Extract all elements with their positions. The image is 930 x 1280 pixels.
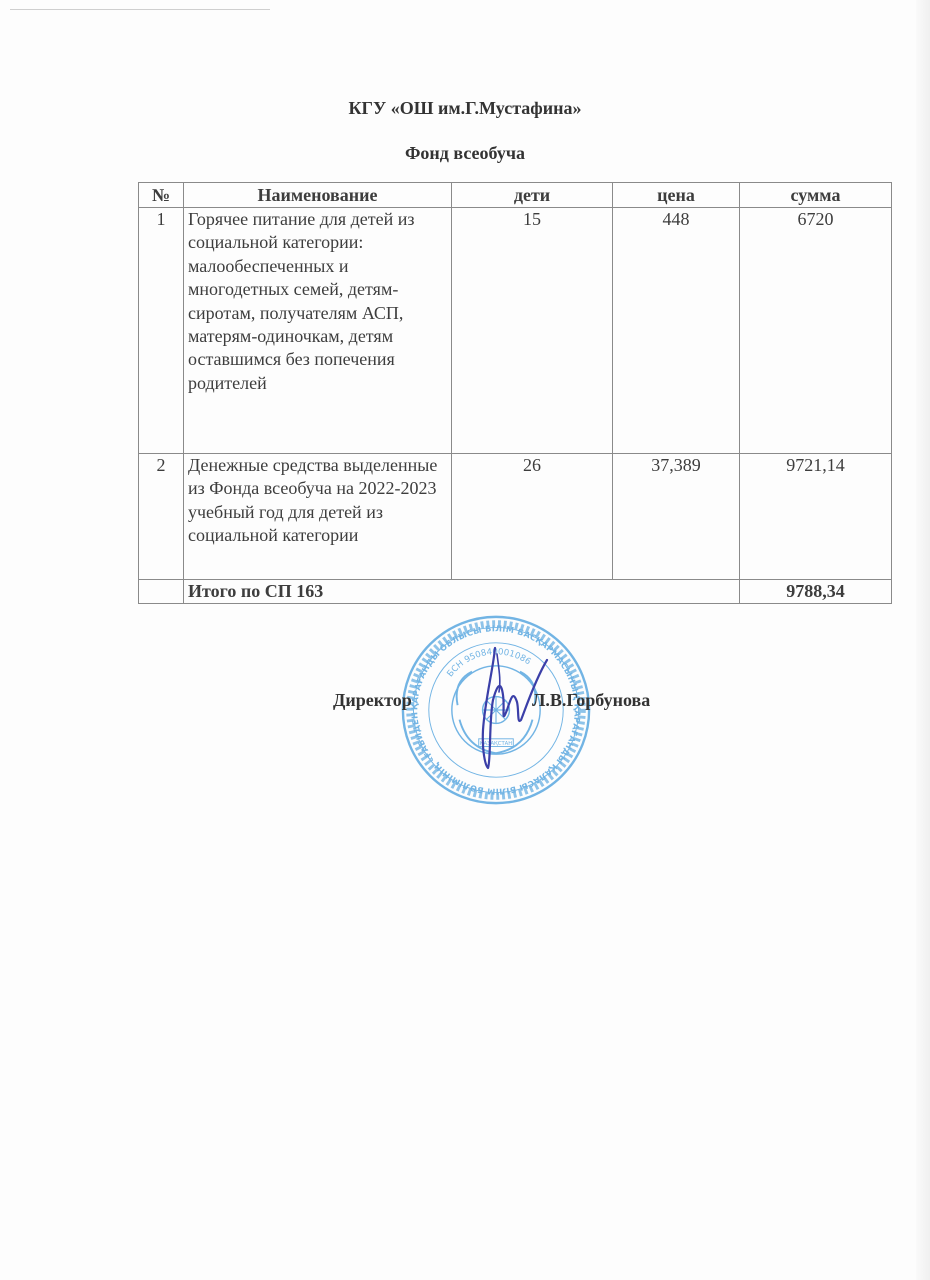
director-label: Директор bbox=[333, 690, 412, 711]
fund-table: № Наименование дети цена сумма 1 Горячее… bbox=[138, 182, 892, 604]
table-header-row: № Наименование дети цена сумма bbox=[139, 183, 892, 208]
column-header-number: № bbox=[139, 183, 184, 208]
total-sum: 9788,34 bbox=[740, 580, 892, 604]
organization-title: КГУ «ОШ им.Г.Мустафина» bbox=[0, 98, 930, 119]
column-header-name: Наименование bbox=[184, 183, 452, 208]
table-total-row: Итого по СП 163 9788,34 bbox=[139, 580, 892, 604]
cell-price: 37,389 bbox=[613, 454, 740, 580]
table-row: 1 Горячее питание для детей из социально… bbox=[139, 208, 892, 454]
cell-kids: 26 bbox=[452, 454, 613, 580]
cell-kids: 15 bbox=[452, 208, 613, 454]
cell-name: Денежные средства выделенные из Фонда вс… bbox=[184, 454, 452, 580]
cell-name: Горячее питание для детей из социальной … bbox=[184, 208, 452, 454]
scan-artifact-line bbox=[10, 9, 270, 10]
cell-price: 448 bbox=[613, 208, 740, 454]
column-header-sum: сумма bbox=[740, 183, 892, 208]
cell-sum: 9721,14 bbox=[740, 454, 892, 580]
cell-sum: 6720 bbox=[740, 208, 892, 454]
scan-edge bbox=[916, 0, 930, 1280]
document-title: Фонд всеобуча bbox=[0, 143, 930, 164]
cell-number: 1 bbox=[139, 208, 184, 454]
cell-number: 2 bbox=[139, 454, 184, 580]
column-header-price: цена bbox=[613, 183, 740, 208]
column-header-kids: дети bbox=[452, 183, 613, 208]
handwritten-signature-icon bbox=[455, 640, 575, 780]
cell-number-empty bbox=[139, 580, 184, 604]
table-row: 2 Денежные средства выделенные из Фонда … bbox=[139, 454, 892, 580]
total-label: Итого по СП 163 bbox=[184, 580, 740, 604]
